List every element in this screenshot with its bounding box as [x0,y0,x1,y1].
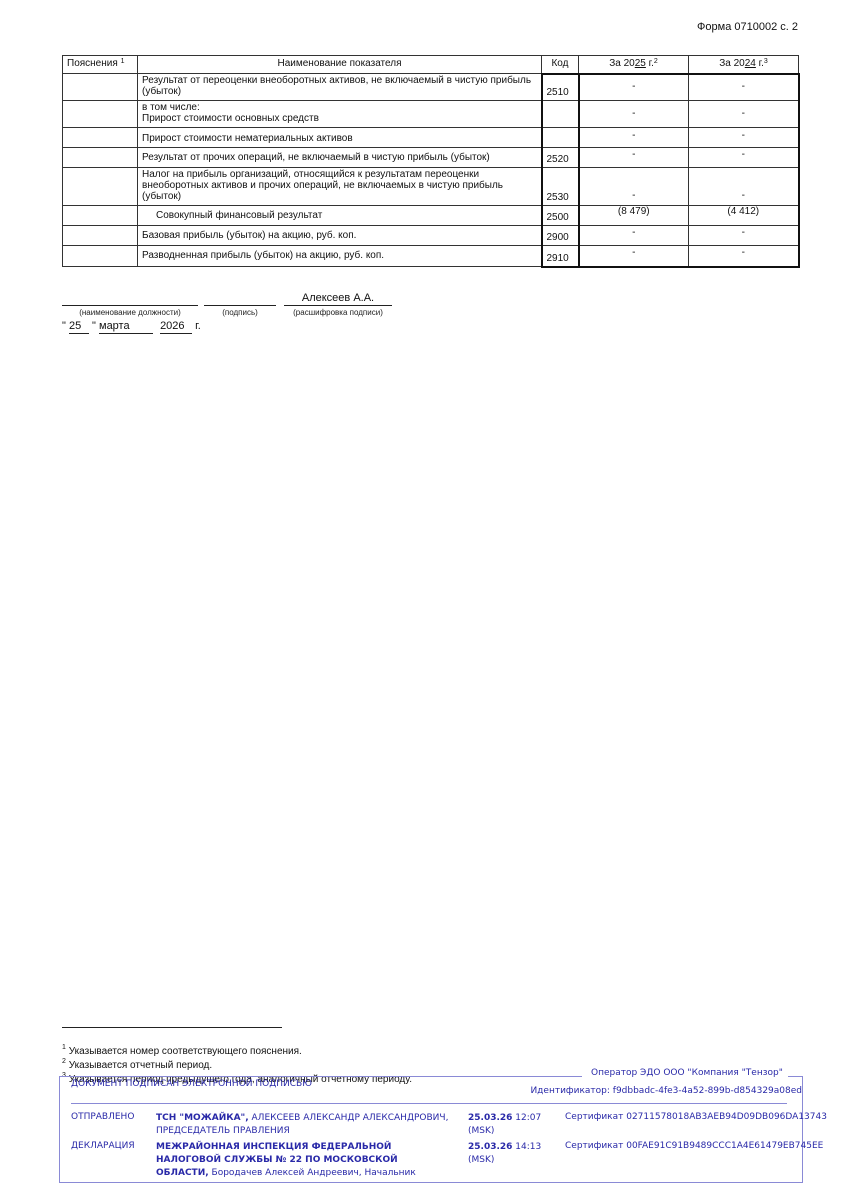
header-code: Код [542,56,579,74]
row-value-2024: - [689,101,799,128]
row-value-2025: - [579,226,689,246]
stamp-separator [71,1103,787,1104]
footnote-divider [62,1027,282,1028]
row-value-2025: - [579,128,689,148]
header-name: Наименование показателя [138,56,542,74]
footnote: 2 Указывается отчетный период. [62,1060,212,1071]
row-name: Результат от переоценки внеоборотных акт… [138,74,542,101]
signature-date: " 25 " марта 2026 г. [62,320,201,334]
signature-line [204,305,276,306]
row-code: 2530 [542,168,579,206]
row-signer: МЕЖРАЙОННАЯ ИНСПЕКЦИЯ ФЕДЕРАЛЬНОЙ НАЛОГО… [156,1141,416,1180]
row-notes [63,74,138,101]
row-name: Прирост стоимости нематериальных активов [138,128,542,148]
row-value-2025: - [579,148,689,168]
table-row: Совокупный финансовый результат 2500 (8 … [63,206,799,226]
position-line [62,305,198,306]
row-name: Базовая прибыль (убыток) на акцию, руб. … [138,226,542,246]
document-identifier: Идентификатор: f9dbbadc-4fe3-4a52-899b-d… [530,1086,802,1096]
row-name: Налог на прибыль организаций, относящийс… [138,168,542,206]
date-suffix: г. [195,320,201,332]
row-name: Результат от прочих операций, не включае… [138,148,542,168]
row-name: в том числе:Прирост стоимости основных с… [138,101,542,128]
signer-name: Алексеев А.А. [284,292,392,304]
row-name: Разводненная прибыль (убыток) на акцию, … [138,246,542,267]
table-row: Результат от прочих операций, не включае… [63,148,799,168]
row-name: Совокупный финансовый результат [138,206,542,226]
row-code: 2510 [542,74,579,101]
row-value-2025: - [579,168,689,206]
signature-caption: (подпись) [204,308,276,317]
header-year-2025: За 2025 г.2 [579,56,689,74]
row-code [542,101,579,128]
row-value-2024: - [689,168,799,206]
table-row: Результат от переоценки внеоборотных акт… [63,74,799,101]
row-code: 2910 [542,246,579,267]
row-code: 2520 [542,148,579,168]
header-year-2024: За 2024 г.3 [689,56,799,74]
date-month: марта [99,320,153,334]
row-datetime: 25.03.26 14:13 (MSK) [468,1141,548,1167]
e-signature-stamp: Оператор ЭДО ООО "Компания "Тензор" ДОКУ… [59,1076,803,1183]
row-notes [63,168,138,206]
row-value-2024: - [689,226,799,246]
row-value-2024: - [689,128,799,148]
form-number: Форма 0710002 с. 2 [697,21,798,33]
row-name-text: Прирост стоимости основных средств [142,113,538,124]
row-value-2024: - [689,246,799,267]
table-header-row: Пояснения 1 Наименование показателя Код … [63,56,799,74]
name-line [284,305,392,306]
row-certificate: Сертификат 00FAE91C91B9489CCC1A4E61479EB… [565,1141,823,1151]
stamp-border-top [788,1076,803,1077]
footnote: 1 Указывается номер соответствующего поя… [62,1046,302,1057]
row-label: ОТПРАВЛЕНО [71,1112,134,1122]
row-code [542,128,579,148]
name-caption: (расшифровка подписи) [282,308,394,317]
row-value-2025: - [579,74,689,101]
table-row: Разводненная прибыль (убыток) на акцию, … [63,246,799,267]
row-label: ДЕКЛАРАЦИЯ [71,1141,135,1151]
stamp-border-top [59,1076,582,1077]
row-certificate: Сертификат 02711578018AB3AEB94D09DB096DA… [565,1112,827,1122]
row-notes [63,206,138,226]
row-value-2025: - [579,101,689,128]
row-value-2025: - [579,246,689,267]
row-datetime: 25.03.26 12:07 (MSK) [468,1112,548,1138]
row-code: 2900 [542,226,579,246]
date-quote: " [62,320,66,332]
row-notes [63,128,138,148]
date-quote: " [92,320,96,332]
financial-results-table: Пояснения 1 Наименование показателя Код … [62,55,800,268]
table-row: Прирост стоимости нематериальных активов… [63,128,799,148]
row-code: 2500 [542,206,579,226]
date-year: 2026 [160,320,192,334]
row-value-2025: (8 479) [579,206,689,226]
row-value-2024: (4 412) [689,206,799,226]
table-row: Базовая прибыль (убыток) на акцию, руб. … [63,226,799,246]
row-name-prefix: в том числе: [142,102,538,113]
stamp-title: ДОКУМЕНТ ПОДПИСАН ЭЛЕКТРОННОЙ ПОДПИСЬЮ [71,1079,312,1089]
date-day: 25 [69,320,89,334]
row-notes [63,226,138,246]
position-caption: (наименование должности) [62,308,198,317]
header-notes: Пояснения 1 [63,56,138,74]
table-row: в том числе:Прирост стоимости основных с… [63,101,799,128]
table-row: Налог на прибыль организаций, относящийс… [63,168,799,206]
edo-operator: Оператор ЭДО ООО "Компания "Тензор" [591,1068,783,1078]
row-signer: ТСН "МОЖАЙКА", АЛЕКСЕЕВ АЛЕКСАНДР АЛЕКСА… [156,1112,456,1138]
row-notes [63,246,138,267]
row-notes [63,148,138,168]
row-value-2024: - [689,74,799,101]
row-value-2024: - [689,148,799,168]
row-notes [63,101,138,128]
